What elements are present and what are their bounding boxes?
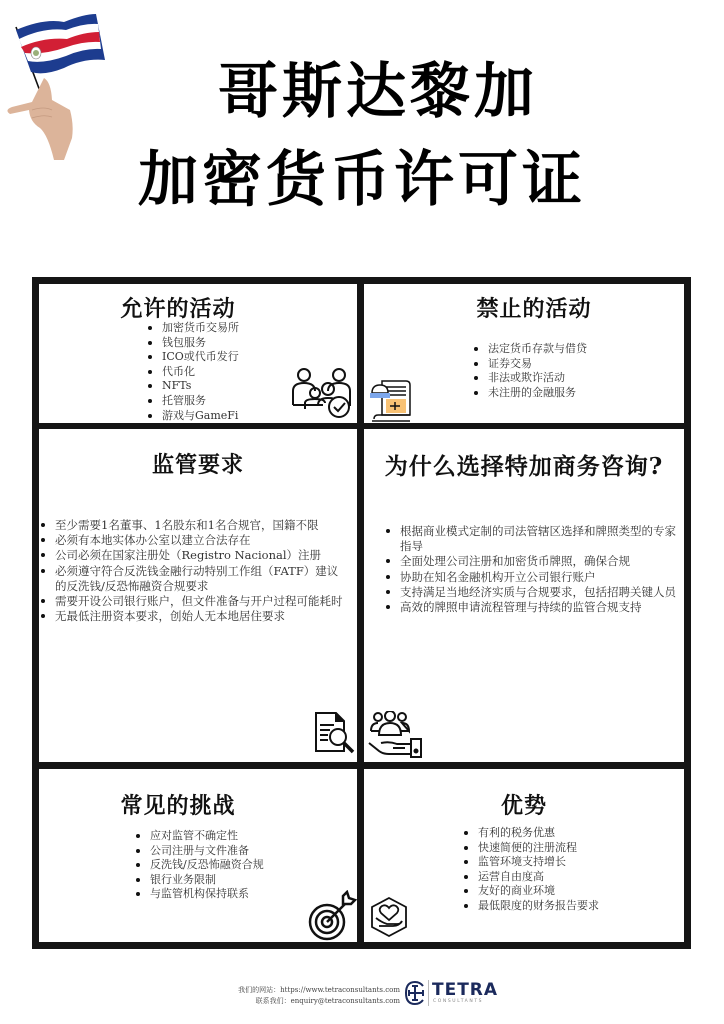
list-item: 全面处理公司注册和加密货币牌照，确保合规 — [384, 554, 679, 569]
list-item: 公司注册与文件准备 — [134, 844, 264, 859]
list-item: 银行业务限制 — [134, 873, 264, 888]
brand-subtitle: CONSULTANTS — [433, 999, 483, 1004]
list-item: 根据商业模式定制的司法管辖区选择和牌照类型的专家指导 — [384, 524, 679, 554]
list-item: NFTs — [146, 379, 239, 394]
allowed-list: 加密货币交易所 钱包服务 ICO或代币发行 代币化 NFTs 托管服务 游戏与G… — [146, 321, 239, 423]
section-forbidden-activities: 禁止的活动 法定货币存款与借贷 证券交易 非法或欺诈活动 未注册的金融服务 — [364, 284, 684, 423]
list-item: 必须有本地实体办公室以建立合法存在 — [39, 533, 349, 548]
list-item: 高效的牌照申请流程管理与持续的监管合规支持 — [384, 600, 679, 615]
list-item: 协助在知名金融机构开立公司银行账户 — [384, 570, 679, 585]
list-item: 代币化 — [146, 365, 239, 380]
section-title: 优势 — [364, 789, 684, 820]
tetra-logo-icon — [403, 980, 427, 1006]
page-title-line1: 哥斯达黎加 — [16, 62, 724, 122]
why-list: 根据商业模式定制的司法管辖区选择和牌照类型的专家指导 全面处理公司注册和加密货币… — [384, 524, 679, 615]
target-arrow-icon — [307, 890, 357, 942]
regulatory-list: 至少需要1名董事、1名股东和1名合规官，国籍不限 必须有本地实体办公室以建立合法… — [39, 518, 349, 624]
section-title: 常见的挑战 — [39, 789, 357, 820]
list-item: 友好的商业环境 — [462, 884, 599, 899]
list-item: 至少需要1名董事、1名股东和1名合规官，国籍不限 — [39, 518, 349, 533]
list-item: 运营自由度高 — [462, 870, 599, 885]
advantages-list: 有利的税务优惠 快速简便的注册流程 监管环境支持增长 运营自由度高 友好的商业环… — [462, 826, 599, 914]
section-regulatory-requirements: 监管要求 至少需要1名董事、1名股东和1名合规官，国籍不限 必须有本地实体办公室… — [39, 429, 357, 762]
list-item: 未注册的金融服务 — [472, 386, 587, 401]
footer-website[interactable]: 我们的网站：https://www.tetraconsultants.com — [238, 985, 400, 995]
list-item: 快速简便的注册流程 — [462, 841, 599, 856]
section-advantages: 优势 有利的税务优惠 快速简便的注册流程 监管环境支持增长 运营自由度高 友好的… — [364, 769, 684, 942]
section-allowed-activities: 允许的活动 加密货币交易所 钱包服务 ICO或代币发行 代币化 NFTs 托管服… — [39, 284, 357, 423]
document-search-icon — [314, 711, 356, 755]
heart-hand-hexagon-icon — [369, 896, 409, 938]
list-item: 应对监管不确定性 — [134, 829, 264, 844]
brand-name: TETRA — [432, 980, 498, 1000]
list-item: 必须遵守符合反洗钱金融行动特别工作组（FATF）建议的反洗钱/反恐怖融资合规要求 — [39, 564, 349, 594]
list-item: 托管服务 — [146, 394, 239, 409]
list-item: 证券交易 — [472, 357, 587, 372]
section-title: 为什么选择特加商务咨询? — [364, 448, 684, 481]
info-grid: 允许的活动 加密货币交易所 钱包服务 ICO或代币发行 代币化 NFTs 托管服… — [32, 277, 691, 949]
page-title-line2: 加密货币许可证 — [0, 150, 724, 210]
list-item: ICO或代币发行 — [146, 350, 239, 365]
section-title: 监管要求 — [39, 448, 357, 479]
list-item: 需要开设公司银行账户，但文件准备与开户过程可能耗时 — [39, 594, 349, 609]
list-item: 公司必须在国家注册处（Registro Nacional）注册 — [39, 548, 349, 563]
section-title: 禁止的活动 — [384, 292, 684, 323]
challenges-list: 应对监管不确定性 公司注册与文件准备 反洗钱/反恐怖融资合规 银行业务限制 与监… — [134, 829, 264, 902]
section-why-choose-us: 为什么选择特加商务咨询? 根据商业模式定制的司法管辖区选择和牌照类型的专家指导 … — [364, 429, 684, 762]
list-item: 最低限度的财务报告要求 — [462, 899, 599, 914]
list-item: 支持满足当地经济实质与合规要求，包括招聘关键人员 — [384, 585, 679, 600]
forbidden-list: 法定货币存款与借贷 证券交易 非法或欺诈活动 未注册的金融服务 — [472, 342, 587, 400]
list-item: 加密货币交易所 — [146, 321, 239, 336]
list-item: 钱包服务 — [146, 336, 239, 351]
law-document-icon — [368, 379, 414, 423]
footer-contact-email[interactable]: 联系我们：enquiry@tetraconsultants.com — [256, 996, 400, 1006]
list-item: 监管环境支持增长 — [462, 855, 599, 870]
list-item: 无最低注册资本要求，创始人无本地居住要求 — [39, 609, 349, 624]
list-item: 反洗钱/反恐怖融资合规 — [134, 858, 264, 873]
list-item: 法定货币存款与借贷 — [472, 342, 587, 357]
list-item: 有利的税务优惠 — [462, 826, 599, 841]
section-common-challenges: 常见的挑战 应对监管不确定性 公司注册与文件准备 反洗钱/反恐怖融资合规 银行业… — [39, 769, 357, 942]
list-item: 游戏与GameFi — [146, 409, 239, 423]
list-item: 非法或欺诈活动 — [472, 371, 587, 386]
list-item: 与监管机构保持联系 — [134, 887, 264, 902]
group-hand-support-icon — [367, 711, 425, 761]
logo-divider — [428, 980, 429, 1006]
people-check-icon — [291, 367, 353, 419]
section-title: 允许的活动 — [39, 292, 357, 323]
